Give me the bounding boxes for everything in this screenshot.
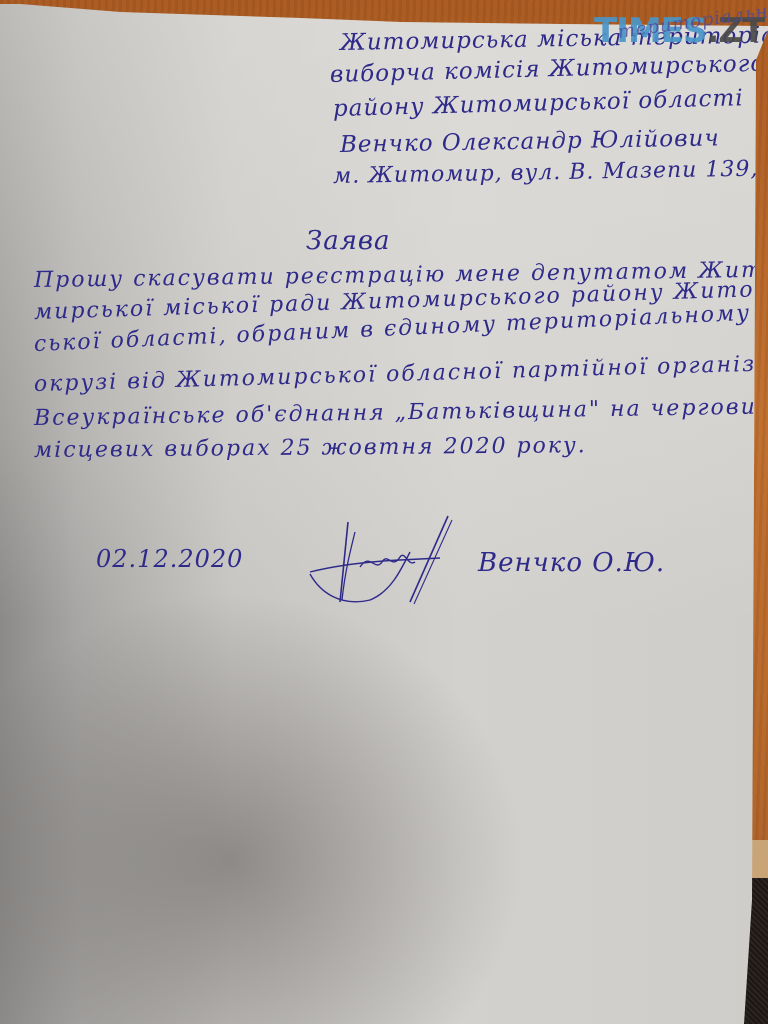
applicant-address: м. Житомир, вул. В. Мазепи 139, кв.113 [333, 155, 768, 189]
body-line: Всеукраїнське об'єднання „Батьківщина" н… [34, 394, 768, 431]
paper-sheet: Житомирська міська територіальна виборча… [0, 0, 768, 1024]
applicant-name: Венчко Олександр Юлійович [340, 125, 720, 158]
signature-scribble [300, 512, 460, 612]
addressee-line: району Житомирської області [333, 85, 744, 122]
body-line: окрузі від Житомирської обласної партійн… [34, 350, 768, 397]
document-title: Заява [306, 226, 391, 256]
signature-name: Венчко О.Ю. [478, 548, 665, 578]
addressee-line: виборча комісія Житомирського [330, 51, 766, 88]
document-date: 02.12.2020 [96, 545, 243, 573]
body-line: місцевих виборах 25 жовтня 2020 року. [34, 433, 587, 463]
